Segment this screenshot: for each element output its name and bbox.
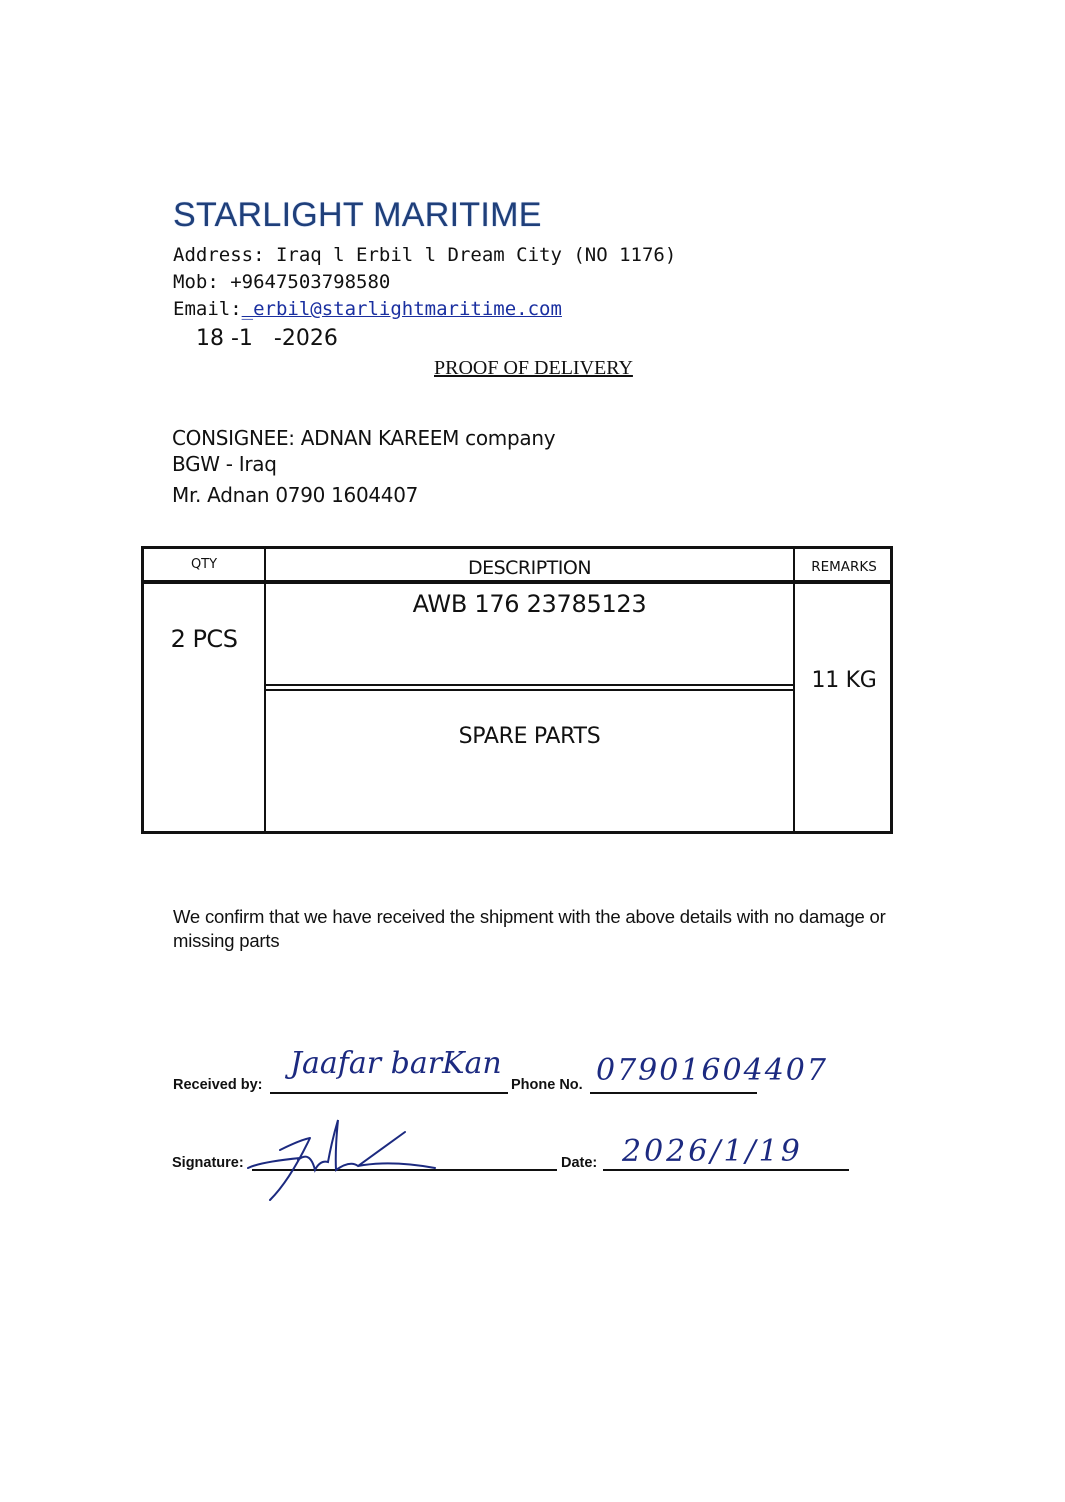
- consignee-name: CONSIGNEE: ADNAN KAREEM company: [172, 426, 555, 450]
- shipment-table: QTY DESCRIPTION REMARKS 2 PCS AWB 176 23…: [141, 546, 893, 834]
- email-label: Email:: [173, 298, 242, 320]
- received-by-line: [270, 1092, 508, 1094]
- document-title: PROOF OF DELIVERY: [434, 357, 633, 380]
- row-divider: [266, 689, 793, 691]
- header-qty: QTY: [144, 557, 264, 572]
- confirmation-text: We confirm that we have received the shi…: [173, 905, 893, 953]
- consignee-location: BGW - Iraq: [172, 452, 277, 476]
- consignee-contact: Mr. Adnan 0790 1604407: [172, 483, 418, 507]
- date-line: [603, 1169, 849, 1171]
- document-date: 18 -1 -2026: [196, 326, 338, 351]
- awb-number: AWB 176 23785123: [266, 590, 793, 618]
- received-by-label: Received by:: [173, 1077, 262, 1093]
- qty-value: 2 PCS: [144, 625, 264, 653]
- company-mobile: Mob: +9647503798580: [173, 271, 390, 293]
- date-value[interactable]: 2026/1/19: [622, 1134, 803, 1169]
- header-description: DESCRIPTION: [266, 557, 793, 579]
- date-label: Date:: [561, 1155, 597, 1171]
- company-name: STARLIGHT MARITIME: [173, 196, 542, 235]
- remarks-weight: 11 KG: [795, 668, 893, 693]
- company-email-row: Email:_erbil@starlightmaritime.com: [173, 298, 562, 320]
- phone-line: [590, 1092, 757, 1094]
- signature-scribble-icon: [240, 1110, 460, 1210]
- company-address: Address: Iraq l Erbil l Dream City (NO 1…: [173, 244, 676, 266]
- phone-label: Phone No.: [511, 1077, 583, 1093]
- header-divider: [144, 580, 890, 584]
- email-link[interactable]: _erbil@starlightmaritime.com: [242, 298, 562, 320]
- item-description: SPARE PARTS: [266, 724, 793, 749]
- phone-value[interactable]: 07901604407: [596, 1053, 828, 1088]
- row-divider: [266, 684, 793, 686]
- received-by-value[interactable]: Jaafar barKan: [290, 1046, 502, 1081]
- signature-label: Signature:: [172, 1155, 244, 1171]
- header-remarks: REMARKS: [795, 559, 893, 575]
